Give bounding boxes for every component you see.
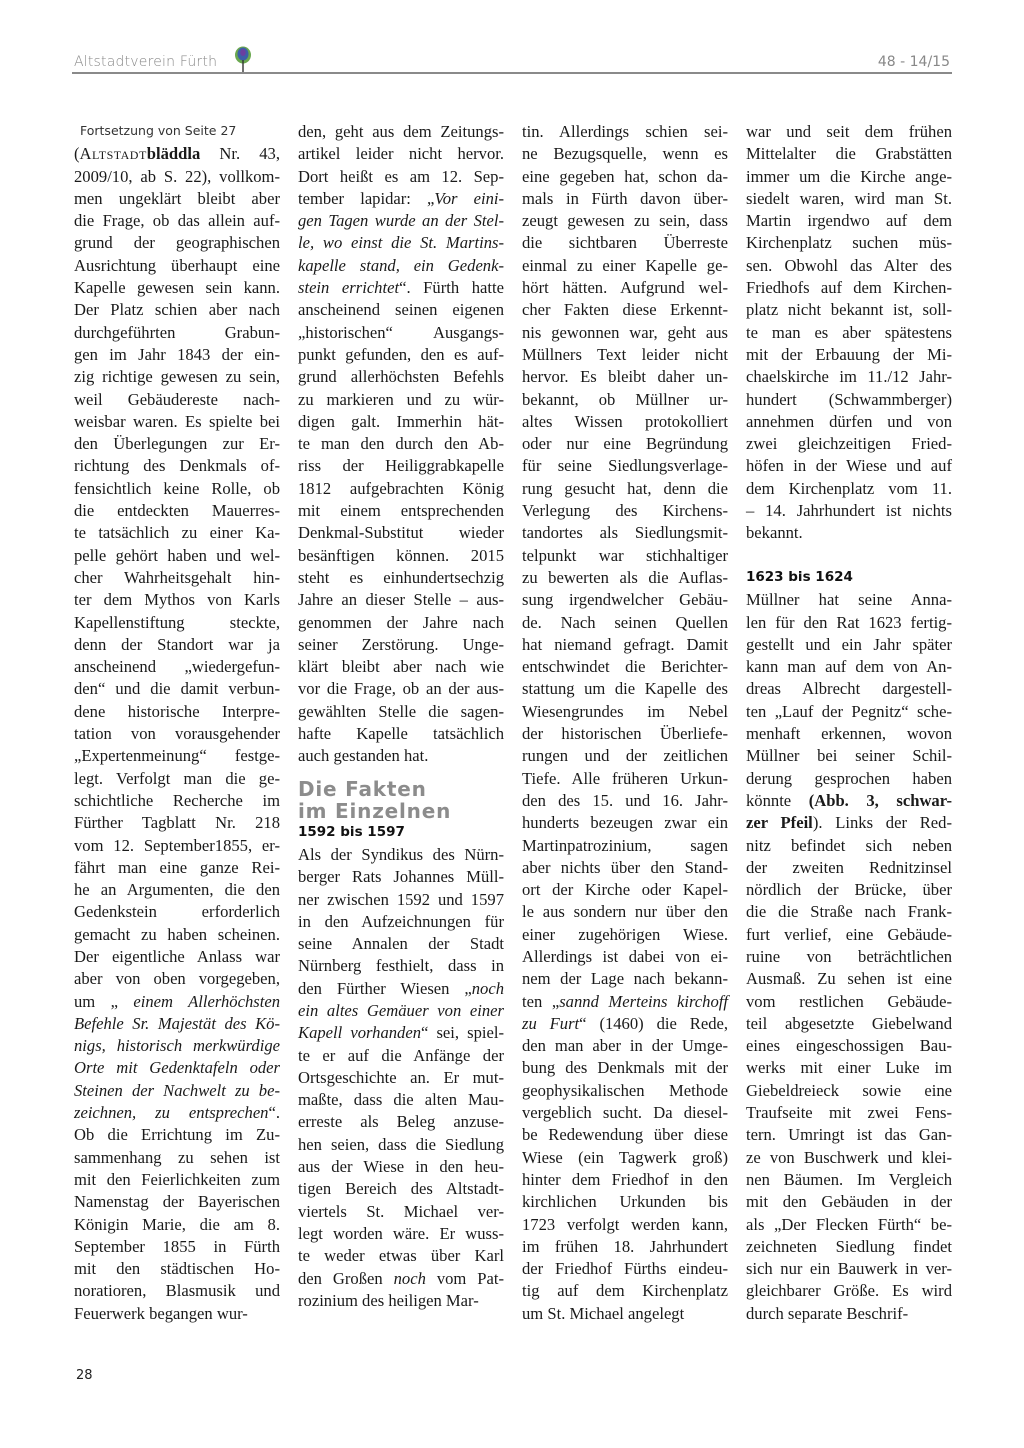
text-line: fährt man eine ganze Rei- xyxy=(74,857,280,879)
text-line: könnte (Abb. 3, schwar- xyxy=(746,790,952,812)
text-line: vom 12. September1855, er- xyxy=(74,835,280,857)
text-line: derung gesprochen haben xyxy=(746,768,952,790)
text-line: altes Wissen protokolliert xyxy=(522,411,728,433)
text-line: 1723 verfolgt werden kann, xyxy=(522,1214,728,1236)
text-line: schichtliche Recherche im xyxy=(74,790,280,812)
text-line: ter dem Mythos von Karls xyxy=(74,589,280,611)
subheading-1592-1597: 1592 bis 1597 xyxy=(298,822,504,844)
text-line: tandortes als Siedlungsmit- xyxy=(522,522,728,544)
text-line: oder nur eine Begründung xyxy=(522,433,728,455)
text-line: grund der geographischen xyxy=(74,232,280,254)
text-line: seiner Zerstörung. Unge- xyxy=(298,634,504,656)
text-line: 2009/10, ab S. 22), vollkom- xyxy=(74,166,280,188)
text-line: immer um die Kirche ange- xyxy=(746,166,952,188)
text-line: Ortsgeschichte an. Er mut- xyxy=(298,1067,504,1089)
text-line: denn der Standort war ja xyxy=(74,634,280,656)
text-line: Müllners Text leider nicht xyxy=(522,344,728,366)
text-line: einmal zu einer Kapelle ge- xyxy=(522,255,728,277)
text-line: Verlegung des Kirchens- xyxy=(522,500,728,522)
text-line: aus der Wiese in den heu- xyxy=(298,1156,504,1178)
spacer xyxy=(746,545,952,567)
text-line: Tiefe. Alle früheren Urkun- xyxy=(522,768,728,790)
text-line: weil Gebäudereste nach- xyxy=(74,389,280,411)
text-line: nis gewonnen war, geht aus xyxy=(522,322,728,344)
text-line: Ob die Errichtung im Zu- xyxy=(74,1124,280,1146)
text-line: siedelt waren, wird man St. xyxy=(746,188,952,210)
text-line: be Redewendung über diese xyxy=(522,1124,728,1146)
text-line: werks mit einer Luke im xyxy=(746,1057,952,1079)
text-line: ze von Buschwerk und klei- xyxy=(746,1147,952,1169)
text-line: artikel leider nicht hervor. xyxy=(298,143,504,165)
text-line: len für den Rat 1623 fertig- xyxy=(746,612,952,634)
text-line: den, geht aus dem Zeitungs- xyxy=(298,121,504,143)
text-line: Kapellenstiftung steckte, xyxy=(74,612,280,634)
text-line: te er auf die Anfänge der xyxy=(298,1045,504,1067)
text-line: um St. Michael angelegt xyxy=(522,1303,728,1325)
issue-number: 48 - 14/15 xyxy=(878,54,950,70)
text-line: Giebeldreieck sowie eine xyxy=(746,1080,952,1102)
text-line: den Großen noch vom Pat- xyxy=(298,1268,504,1290)
section-heading: Die Fakten xyxy=(298,778,504,800)
text-line: die Frage, ob das allein auf- xyxy=(74,210,280,232)
text-line: um „ einem Allerhöchsten xyxy=(74,991,280,1013)
text-line: tin. Allerdings schien sei- xyxy=(522,121,728,143)
text-line: mit einem entsprechenden xyxy=(298,500,504,522)
text-line: gleichbarer Größe. Es wird xyxy=(746,1280,952,1302)
column-3-text: tin. Allerdings schien sei-ne Bezugsquel… xyxy=(522,121,728,1325)
text-line: grund allerhöchsten Befehls xyxy=(298,366,504,388)
text-line: ten „sannd Merteins kirchoff xyxy=(522,991,728,1013)
text-line: chaelskirche im 11./12 Jahr- xyxy=(746,366,952,388)
text-line: rozinium des heiligen Mar- xyxy=(298,1290,504,1312)
text-line: „historischen“ Ausgangs- xyxy=(298,322,504,344)
text-line: eine gegeben hat, schon da- xyxy=(522,166,728,188)
column-2-text-continued: Als der Syndikus des Nürn-berger Rats Jo… xyxy=(298,844,504,1312)
text-line: ner zwischen 1592 und 1597 xyxy=(298,889,504,911)
text-line: 1812 aufgebrachten König xyxy=(298,478,504,500)
text-line: Steinen der Nachwelt zu be- xyxy=(74,1080,280,1102)
text-line: teil abgesetzte Giebelwand xyxy=(746,1013,952,1035)
text-line: geophysikalischen Methode xyxy=(522,1080,728,1102)
text-line: hervor. Es bleibt daher un- xyxy=(522,366,728,388)
text-line: Namenstag der Bayerischen xyxy=(74,1191,280,1213)
text-line: stein errichtet“. Fürth hatte xyxy=(298,277,504,299)
text-line: Gedenkstein erforderlich xyxy=(74,901,280,923)
text-line: Allerdings ist dabei von ei- xyxy=(522,946,728,968)
text-line: Der Platz schien aber nach xyxy=(74,299,280,321)
tree-logo-icon xyxy=(234,46,252,72)
text-line: die sichtbaren Überreste xyxy=(522,232,728,254)
continued-from-note: Fortsetzung von Seite 27 xyxy=(74,121,280,143)
text-line: den Überlegungen zur Er- xyxy=(74,433,280,455)
text-line: tember lapidar: „Vor eini- xyxy=(298,188,504,210)
text-line: nem der Lage nach bekann- xyxy=(522,968,728,990)
text-line: riss der Heiliggrabkapelle xyxy=(298,455,504,477)
text-line: telpunkt war stichhaltiger xyxy=(522,545,728,567)
text-line: tern. Umringt ist das Gan- xyxy=(746,1124,952,1146)
text-line: anscheinend seinen eigenen xyxy=(298,299,504,321)
text-line: Befehle Sr. Majestät des Kö- xyxy=(74,1013,280,1035)
text-line: höfen in der Wiese und auf xyxy=(746,455,952,477)
text-line: erreste als Beleg anzuse- xyxy=(298,1111,504,1133)
text-line: aber nichts über den Stand- xyxy=(522,857,728,879)
text-line: klärt bleibt aber nach wie xyxy=(298,656,504,678)
text-line: te weder etwas über Karl xyxy=(298,1245,504,1267)
text-line: zu bewerten als die Auflas- xyxy=(522,567,728,589)
text-line: ort der Kirche oder Kapel- xyxy=(522,879,728,901)
text-line: berger Rats Johannes Müll- xyxy=(298,866,504,888)
text-line: viertels St. Michael ver- xyxy=(298,1201,504,1223)
text-line: rungen und der zeitlichen xyxy=(522,745,728,767)
text-line: legt. Verfolgt man die ge- xyxy=(74,768,280,790)
text-line: zu Furt“ (1460) die Rede, xyxy=(522,1013,728,1035)
text-line: den man aber in der Umge- xyxy=(522,1035,728,1057)
text-line: „Expertenmeinung“ festge- xyxy=(74,745,280,767)
text-line: te tatsächlich zu einer Ka- xyxy=(74,522,280,544)
text-line: (Altstadtbläddla Nr. 43, xyxy=(74,143,280,165)
text-line: zer Pfeil). Links der Red- xyxy=(746,812,952,834)
text-line: anscheinend „wiedergefun- xyxy=(74,656,280,678)
text-line: tigen Bereich des Altstadt- xyxy=(298,1178,504,1200)
text-line: Martin irgendwo auf dem xyxy=(746,210,952,232)
text-line: furt verlief, eine Gebäude- xyxy=(746,924,952,946)
text-line: Ausmaß. Zu sehen ist eine xyxy=(746,968,952,990)
section-heading-line-2: im Einzelnen xyxy=(298,800,504,822)
text-line: ten „Lauf der Pegnitz“ sche- xyxy=(746,701,952,723)
text-line: he an Argumenten, die den xyxy=(74,879,280,901)
text-line: der Friedhof Fürths eindeu- xyxy=(522,1258,728,1280)
text-line: le, wo einst die St. Martins- xyxy=(298,232,504,254)
text-line: nördlich der Brücke, über xyxy=(746,879,952,901)
text-line: den“ und die damit verbun- xyxy=(74,678,280,700)
subheading-1623-1624: 1623 bis 1624 xyxy=(746,567,952,589)
text-line: tig auf dem Kirchenplatz xyxy=(522,1280,728,1302)
text-line: aber von oben vorgegeben, xyxy=(74,968,280,990)
text-line: Müllner bei seiner Schil- xyxy=(746,745,952,767)
text-line: zeichneten Siedlung findet xyxy=(746,1236,952,1258)
text-line: durch separate Beschrif- xyxy=(746,1303,952,1325)
text-line: mit den Feierlichkeiten zum xyxy=(74,1169,280,1191)
text-line: Wiesengrundes im Nebel xyxy=(522,701,728,723)
text-line: annehmen dürfen und von xyxy=(746,411,952,433)
text-line: bekannt. xyxy=(746,522,952,544)
text-line: Fürther Tagblatt Nr. 218 xyxy=(74,812,280,834)
text-line: besänftigen können. 2015 xyxy=(298,545,504,567)
text-line: zig richtige gewesen zu sein, xyxy=(74,366,280,388)
text-line: Königin Marie, die am 8. xyxy=(74,1214,280,1236)
text-line: für seine Siedlungsverlage- xyxy=(522,455,728,477)
text-line: menhaft erkennen, wovon xyxy=(746,723,952,745)
page-number: 28 xyxy=(76,1368,93,1383)
text-line: le aus sondern nur über den xyxy=(522,901,728,923)
text-line: Der eigentliche Anlass war xyxy=(74,946,280,968)
text-line: weisbar waren. Es spielte bei xyxy=(74,411,280,433)
text-line: entschwindet die Berichter- xyxy=(522,656,728,678)
text-line: mit der Erbauung der Mi- xyxy=(746,344,952,366)
text-line: men ungeklärt bleibt aber xyxy=(74,188,280,210)
text-line: eines eingeschossigen Bau- xyxy=(746,1035,952,1057)
text-line: cher Fakten diese Erkennt- xyxy=(522,299,728,321)
text-line: in den Aufzeichnungen für xyxy=(298,911,504,933)
text-line: gemacht zu haben scheinen. xyxy=(74,924,280,946)
header-divider xyxy=(72,72,952,74)
text-line: dene historische Interpre- xyxy=(74,701,280,723)
text-line: Dort heißt es am 12. Sep- xyxy=(298,166,504,188)
article-column-1: Fortsetzung von Seite 27 (Altstadtbläddl… xyxy=(74,121,280,1325)
column-1-text: (Altstadtbläddla Nr. 43,2009/10, ab S. 2… xyxy=(74,143,280,1325)
text-line: gen Tagen wurde an der Stel- xyxy=(298,210,504,232)
article-column-3: tin. Allerdings schien sei-ne Bezugsquel… xyxy=(522,121,728,1325)
text-line: Denkmal-Substitut wieder xyxy=(298,522,504,544)
text-line: die entdeckten Mauerres- xyxy=(74,500,280,522)
text-line: mals in Fürth davon über- xyxy=(522,188,728,210)
text-line: hafte Kapelle tatsächlich xyxy=(298,723,504,745)
text-line: hört hätten. Aufgrund wel- xyxy=(522,277,728,299)
text-line: Ausrichtung überhaupt eine xyxy=(74,255,280,277)
text-line: hundert (Schwammberger) xyxy=(746,389,952,411)
text-line: Kirchenplatz suchen müs- xyxy=(746,232,952,254)
text-line: – 14. Jahrhundert ist nichts xyxy=(746,500,952,522)
text-line: Traufseite mit zwei Fens- xyxy=(746,1102,952,1124)
text-line: den Fürther Wiesen „noch xyxy=(298,978,504,1000)
text-line: ein altes Gemäuer von einer xyxy=(298,1000,504,1022)
text-line: zu markieren und zu wür- xyxy=(298,389,504,411)
text-line: richtung des Denkmals of- xyxy=(74,455,280,477)
text-line: gestellt und ein Jahr später xyxy=(746,634,952,656)
text-line: dreas Albrecht dargestell- xyxy=(746,678,952,700)
text-line: kirchlichen Urkunden bis xyxy=(522,1191,728,1213)
text-line: hat niemand gefragt. Damit xyxy=(522,634,728,656)
text-line: Als der Syndikus des Nürn- xyxy=(298,844,504,866)
text-line: te man es aber spätestens xyxy=(746,322,952,344)
text-line: Orte mit Gedenktafeln oder xyxy=(74,1057,280,1079)
text-line: maßte, dass die alten Mau- xyxy=(298,1089,504,1111)
text-line: Jahre an dieser Stelle – aus- xyxy=(298,589,504,611)
text-line: nen Bäumen. Im Vergleich xyxy=(746,1169,952,1191)
text-line: noratioren, Blasmusik und xyxy=(74,1280,280,1302)
text-line: digen galt. Immerhin hät- xyxy=(298,411,504,433)
text-line: ne Bezugsquelle, wenn es xyxy=(522,143,728,165)
text-line: zwei gleichzeitigen Fried- xyxy=(746,433,952,455)
text-line: kapelle stand, ein Gedenk- xyxy=(298,255,504,277)
publication-title: Altstadtverein Fürth xyxy=(74,54,217,70)
column-4-text-continued: Müllner hat seine Anna-len für den Rat 1… xyxy=(746,589,952,1325)
text-line: Kapelle gewesen sein kann. xyxy=(74,277,280,299)
text-line: genommen der Jahre nach xyxy=(298,612,504,634)
text-line: de. Nach seinen Quellen xyxy=(522,612,728,634)
text-line: Feuerwerk begangen wur- xyxy=(74,1303,280,1325)
text-line: Wiese (ein Tagwerk groß) xyxy=(522,1147,728,1169)
text-line: der zweiten Rednitzinsel xyxy=(746,857,952,879)
text-line: vom restlichen Gebäude- xyxy=(746,991,952,1013)
text-line: Kapell vorhanden“ sei, spiel- xyxy=(298,1022,504,1044)
text-line: zeugt gewesen zu sein, dass xyxy=(522,210,728,232)
text-line: Friedhofs auf dem Kirchen- xyxy=(746,277,952,299)
text-line: bung des Denkmals mit der xyxy=(522,1057,728,1079)
text-line: den des 15. und 16. Jahr- xyxy=(522,790,728,812)
text-line: punkt gefunden, den es auf- xyxy=(298,344,504,366)
text-line: Martinpatrozinium, sagen xyxy=(522,835,728,857)
text-line: stattung um die Kapelle des xyxy=(522,678,728,700)
text-line: sich nur ein Bauwerk in ver- xyxy=(746,1258,952,1280)
text-line: nigs, historisch merkwürdige xyxy=(74,1035,280,1057)
text-line: steht es einhundertsechzig xyxy=(298,567,504,589)
text-line: gen im Jahr 1843 der ein- xyxy=(74,344,280,366)
text-line: zeichnen, zu entsprechen“. xyxy=(74,1102,280,1124)
text-line: Müllner hat seine Anna- xyxy=(746,589,952,611)
text-line: cher Wahrheitsgehalt hin- xyxy=(74,567,280,589)
text-line: einer zugehörigen Wiese. xyxy=(522,924,728,946)
text-line: Nürnberg festhielt, dass in xyxy=(298,955,504,977)
text-line: mit den städtischen Ho- xyxy=(74,1258,280,1280)
text-line: sammenhang zu sehen ist xyxy=(74,1147,280,1169)
article-column-4: war und seit dem frühenMittelalter die G… xyxy=(746,121,952,1325)
text-line: hen seien, dass die Siedlung xyxy=(298,1134,504,1156)
text-line: seine Annalen der Stadt xyxy=(298,933,504,955)
text-line: auch gestanden hat. xyxy=(298,745,504,767)
running-header: Altstadtverein Fürth 48 - 14/15 xyxy=(72,52,952,74)
text-line: dem Kirchenplatz vom 11. xyxy=(746,478,952,500)
text-line: gewählten Stelle die sagen- xyxy=(298,701,504,723)
text-line: sung irgendwelcher Gebäu- xyxy=(522,589,728,611)
text-line: kann man auf dem von An- xyxy=(746,656,952,678)
text-line: als „Der Flecken Fürth“ be- xyxy=(746,1214,952,1236)
column-2-text: den, geht aus dem Zeitungs-artikel leide… xyxy=(298,121,504,768)
text-line: fensichtlich keine Rolle, ob xyxy=(74,478,280,500)
text-line: platz nicht bekannt ist, soll- xyxy=(746,299,952,321)
text-line: te man den durch den Ab- xyxy=(298,433,504,455)
text-line: ruine von beträchtlichen xyxy=(746,946,952,968)
text-line: sen. Obwohl das Alter des xyxy=(746,255,952,277)
text-line: hinter dem Friedhof in den xyxy=(522,1169,728,1191)
text-line: durchgeführten Grabun- xyxy=(74,322,280,344)
text-line: vor die Frage, ob an der aus- xyxy=(298,678,504,700)
text-line: hunderts bezeugen zwar ein xyxy=(522,812,728,834)
text-line: legt worden wäre. Er wuss- xyxy=(298,1223,504,1245)
text-line: rung gesucht hat, denn die xyxy=(522,478,728,500)
text-line: mit den Gebäuden in der xyxy=(746,1191,952,1213)
text-line: Mittelalter die Grabstätten xyxy=(746,143,952,165)
text-line: September 1855 in Fürth xyxy=(74,1236,280,1258)
text-line: der historischen Überliefe- xyxy=(522,723,728,745)
text-line: nitz befindet sich neben xyxy=(746,835,952,857)
text-line: die die Straße nach Frank- xyxy=(746,901,952,923)
text-line: tation von vorausgehender xyxy=(74,723,280,745)
text-line: bekannt, ob Müllner ur- xyxy=(522,389,728,411)
text-line: war und seit dem frühen xyxy=(746,121,952,143)
text-line: im frühen 18. Jahrhundert xyxy=(522,1236,728,1258)
text-line: vergeblich sucht. Da diesel- xyxy=(522,1102,728,1124)
text-line: pelle gehört haben und wel- xyxy=(74,545,280,567)
article-column-2: den, geht aus dem Zeitungs-artikel leide… xyxy=(298,121,504,1312)
column-4-text: war und seit dem frühenMittelalter die G… xyxy=(746,121,952,545)
